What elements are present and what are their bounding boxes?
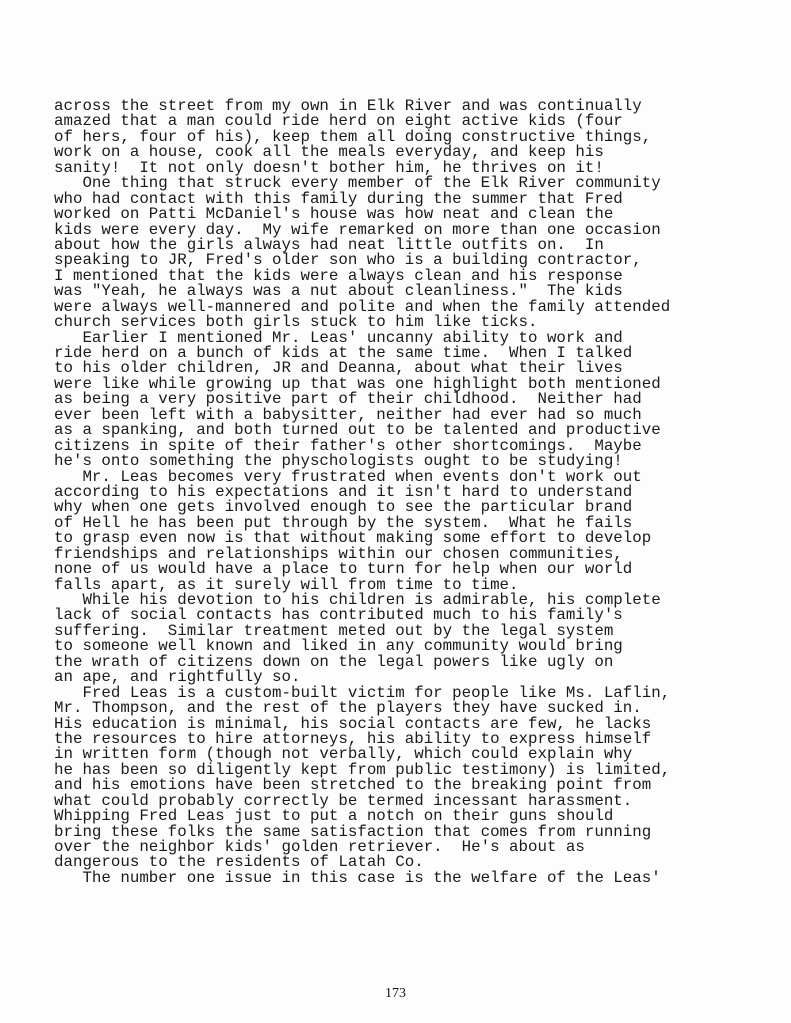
text-line: The number one issue in this case is the… xyxy=(54,871,774,886)
page-number: 173 xyxy=(0,986,791,1002)
body-text: across the street from my own in Elk Riv… xyxy=(54,99,774,886)
document-page: across the street from my own in Elk Riv… xyxy=(0,0,791,1023)
